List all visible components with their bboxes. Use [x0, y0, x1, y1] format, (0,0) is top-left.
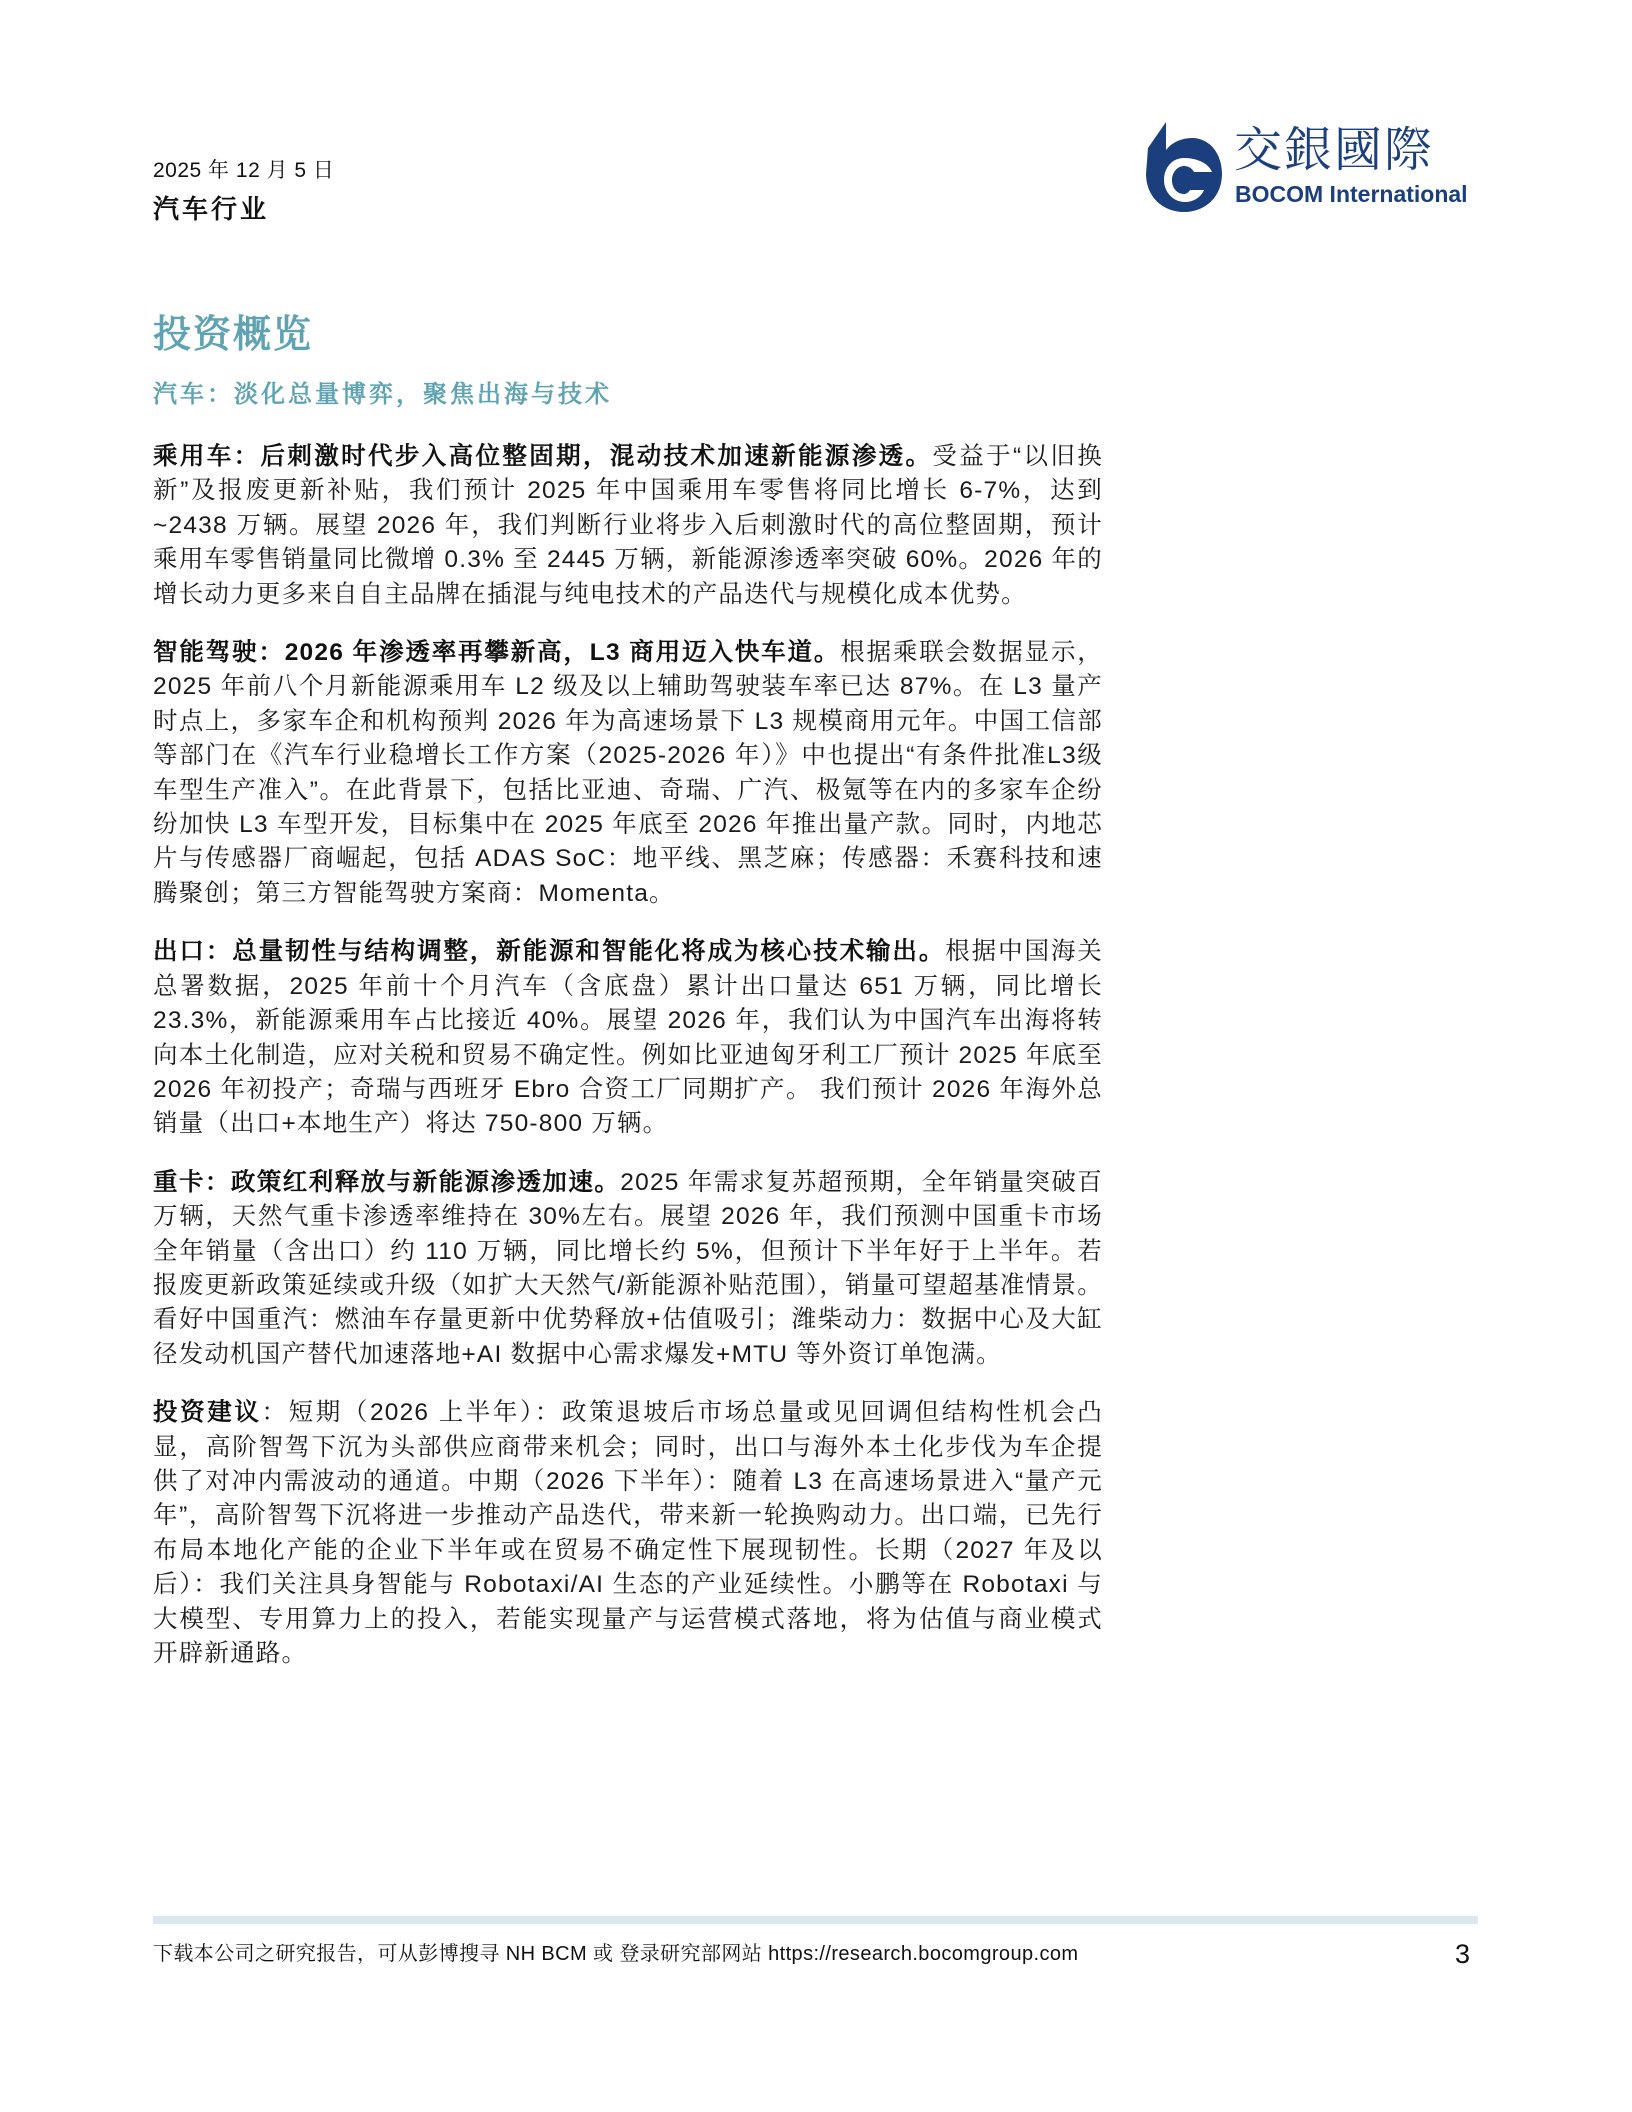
paragraph-lead: 投资建议	[153, 1399, 261, 1426]
bocom-logo-icon	[1142, 118, 1222, 212]
logo-name-chinese: 交銀國際	[1234, 122, 1434, 178]
paragraph-lead: 重卡：政策红利释放与新能源渗透加速。	[153, 1169, 620, 1196]
section-title: 投资概览	[153, 312, 313, 358]
paragraph-lead: 智能驾驶：2026 年渗透率再攀新高，L3 商用迈入快车道。	[153, 639, 840, 666]
paragraph-body: 根据乘联会数据显示，2025 年前八个月新能源乘用车 L2 级及以上辅助驾驶装车…	[153, 639, 1103, 907]
section-subtitle: 汽车：淡化总量博弈，聚焦出海与技术	[153, 380, 612, 410]
paragraph-body: 根据中国海关总署数据，2025 年前十个月汽车（含底盘）累计出口量达 651 万…	[153, 938, 1103, 1137]
paragraph-investment-advice: 投资建议：短期（2026 上半年）：政策退坡后市场总量或见回调但结构性机会凸显，…	[153, 1396, 1103, 1671]
report-body: 乘用车：后刺激时代步入高位整固期，混动技术加速新能源渗透。受益于“以旧换新”及报…	[153, 440, 1103, 1695]
paragraph-exports: 出口：总量韧性与结构调整，新能源和智能化将成为核心技术输出。根据中国海关总署数据…	[153, 935, 1103, 1141]
report-page: 2025 年 12 月 5 日 汽车行业 交銀國際 BOCOM Internat…	[0, 0, 1632, 2112]
paragraph-lead: 乘用车：后刺激时代步入高位整固期，混动技术加速新能源渗透。	[153, 443, 932, 470]
paragraph-lead: 出口：总量韧性与结构调整，新能源和智能化将成为核心技术输出。	[153, 938, 945, 965]
sector-label: 汽车行业	[153, 193, 269, 225]
footer-note: 下载本公司之研究报告，可从彭博搜寻 NH BCM 或 登录研究部网站 https…	[153, 1941, 1078, 1967]
paragraph-body: ：短期（2026 上半年）：政策退坡后市场总量或见回调但结构性机会凸显，高阶智驾…	[153, 1399, 1103, 1667]
paragraph-body: 2025 年需求复苏超预期，全年销量突破百万辆，天然气重卡渗透率维持在 30%左…	[153, 1169, 1103, 1368]
page-number: 3	[1455, 1938, 1470, 1970]
company-logo: 交銀國際 BOCOM International	[1138, 112, 1478, 216]
logo-name-english: BOCOM International	[1235, 180, 1468, 208]
footer-divider	[153, 1916, 1478, 1924]
report-date: 2025 年 12 月 5 日	[153, 158, 334, 184]
paragraph-smart-driving: 智能驾驶：2026 年渗透率再攀新高，L3 商用迈入快车道。根据乘联会数据显示，…	[153, 636, 1103, 911]
paragraph-passenger-vehicles: 乘用车：后刺激时代步入高位整固期，混动技术加速新能源渗透。受益于“以旧换新”及报…	[153, 440, 1103, 612]
paragraph-heavy-trucks: 重卡：政策红利释放与新能源渗透加速。2025 年需求复苏超预期，全年销量突破百万…	[153, 1166, 1103, 1372]
